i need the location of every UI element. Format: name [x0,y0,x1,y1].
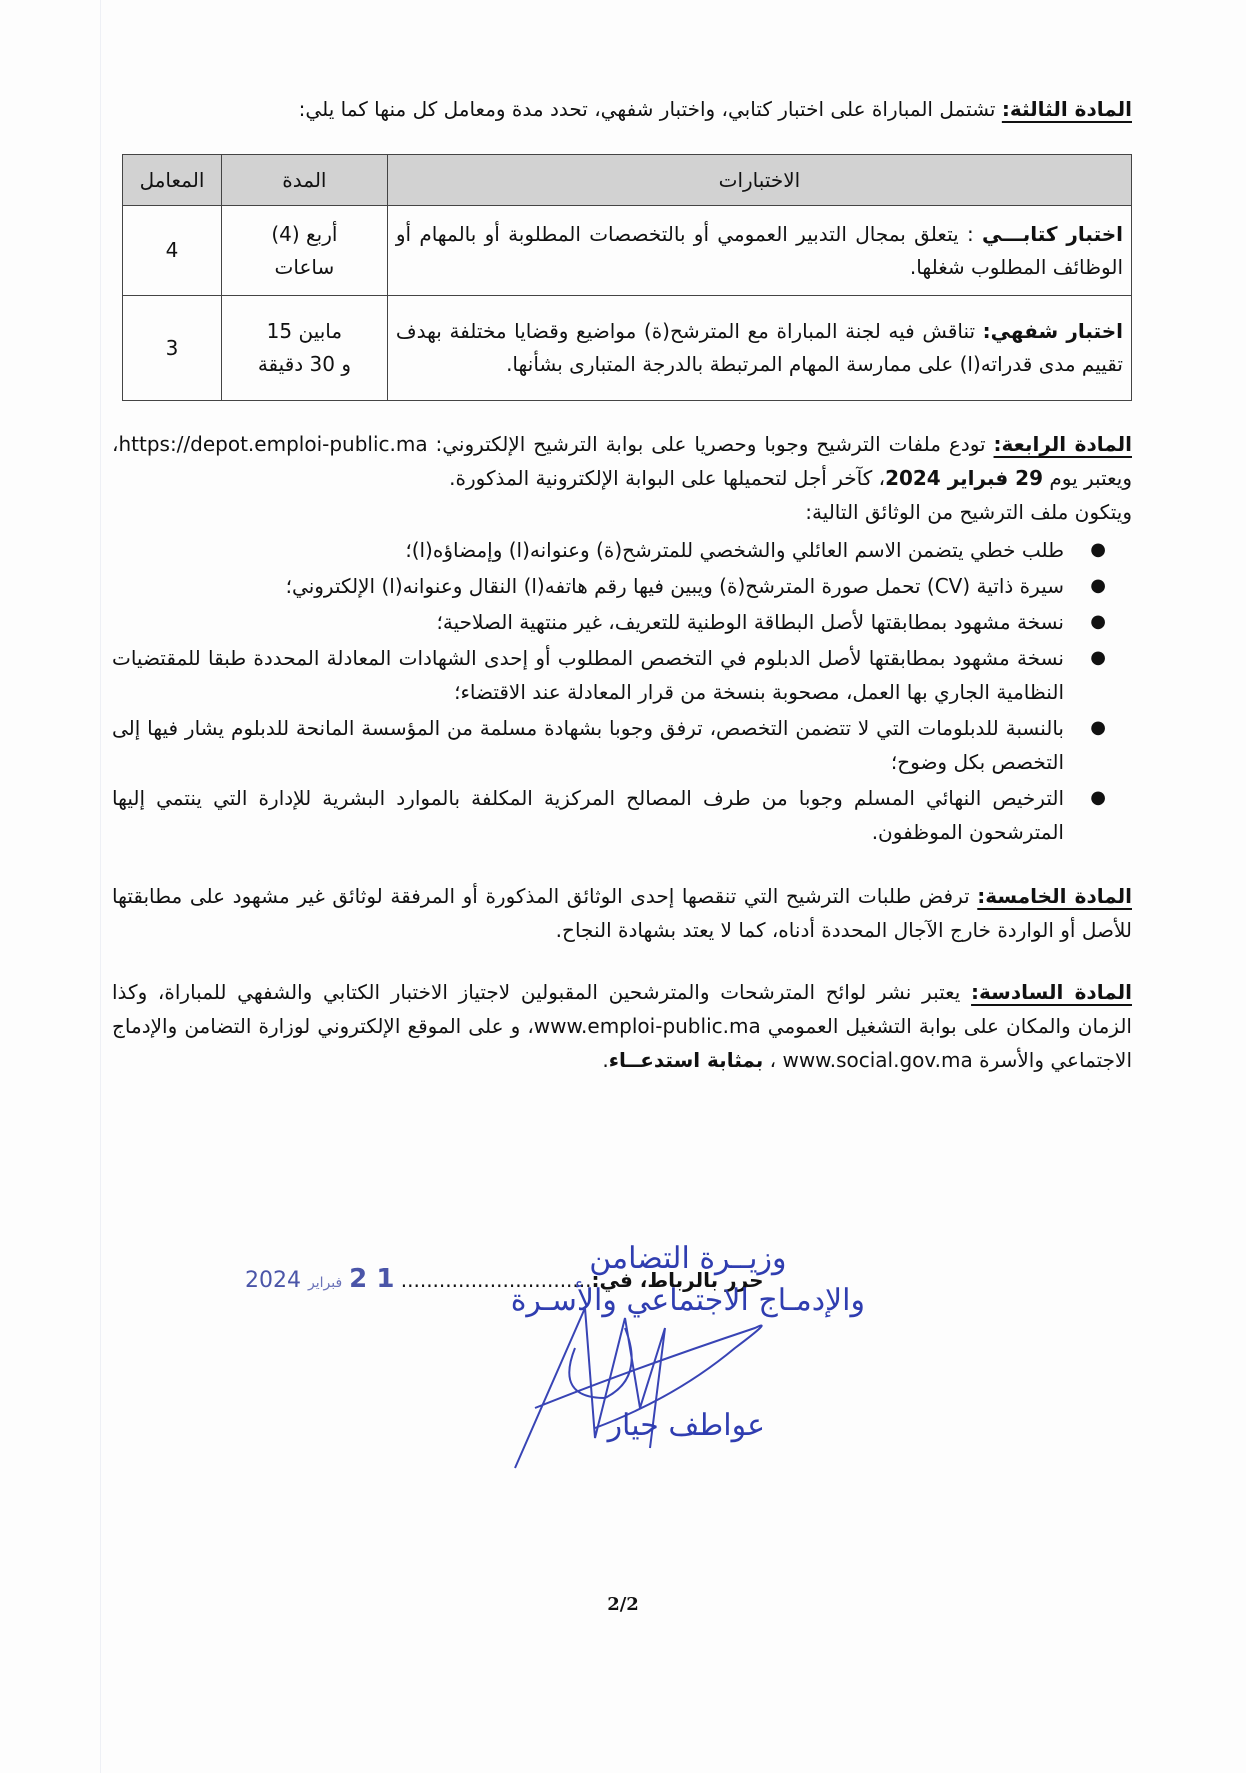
header-coefficient: المعامل [123,155,222,206]
exam-duration-line1: أربع (4) [230,218,379,251]
article-4-label: المادة الرابعة: [994,432,1132,456]
exam-coefficient-cell: 4 [123,206,222,296]
bullet-icon: ● [1090,533,1106,567]
signature-block: حرر بالرباط، في:........................… [245,1238,865,1478]
list-item-text: بالنسبة للدبلومات التي لا تتضمن التخصص، … [112,716,1064,774]
list-item-text: طلب خطي يتضمن الاسم العائلي والشخصي للمت… [405,538,1064,562]
article-3-label: المادة الثالثة: [1002,97,1132,121]
document-page: المادة الثالثة: تشتمل المباراة على اختبا… [112,92,1132,1077]
exam-duration-line1: مابين 15 [230,315,379,348]
list-item-text: الترخيص النهائي المسلم وجوبا من طرف المص… [112,786,1064,844]
table-row: اختبار شفهي: تناقش فيه لجنة المباراة مع … [123,296,1132,401]
documents-list: ●طلب خطي يتضمن الاسم العائلي والشخصي للم… [112,533,1132,849]
handwritten-signature-icon [475,1288,775,1478]
list-item: ●نسخة مشهود بمطابقتها لأصل الدبلوم في ال… [112,641,1064,709]
list-item: ●طلب خطي يتضمن الاسم العائلي والشخصي للم… [112,533,1064,567]
list-item-text: نسخة مشهود بمطابقتها لأصل البطاقة الوطني… [437,610,1064,634]
bullet-icon: ● [1090,569,1106,603]
stamp-day: 1 2 [349,1264,394,1294]
ministry-stamp-line1: وزيــرة التضامن [511,1238,865,1280]
bullet-icon: ● [1090,641,1106,675]
exam-duration-cell: أربع (4) ساعات [221,206,387,296]
article-4-text: تودع ملفات الترشيح وجوبا وحصريا على بواب… [428,432,994,456]
list-item: ●بالنسبة للدبلومات التي لا تتضمن التخصص،… [112,711,1064,779]
list-item-text: سيرة ذاتية (CV) تحمل صورة المترشح(ة) ويب… [286,574,1064,598]
bullet-icon: ● [1090,711,1106,745]
scan-margin-line [100,0,101,1773]
bullet-icon: ● [1090,781,1106,815]
list-item: ●نسخة مشهود بمطابقتها لأصل البطاقة الوطن… [112,605,1064,639]
stamp-year: 2024 [245,1268,301,1293]
emploi-public-url[interactable]: www.emploi-public.ma [534,1014,761,1038]
stamp-month: فبراير [308,1275,342,1291]
exams-table: الاختبارات المدة المعامل اختبار كتابـــي… [122,154,1132,401]
deadline-date: 29 فبراير 2024 [885,466,1043,490]
page-number: 2/2 [0,1594,1246,1615]
header-duration: المدة [221,155,387,206]
article-6-text-3: ، [763,1048,782,1072]
article-5-label: المادة الخامسة: [977,884,1132,908]
exam-duration-line2: و 30 دقيقة [230,348,379,381]
article-3-text: تشتمل المباراة على اختبار كتابي، واختبار… [299,97,1002,121]
table-header-row: الاختبارات المدة المعامل [123,155,1132,206]
article-6: المادة السادسة: يعتبر نشر لوائح المترشحا… [112,975,1132,1077]
article-6-label: المادة السادسة: [971,980,1132,1004]
article-4-text-3: ، كآخر أجل لتحميلها على البوابة الإلكترو… [449,466,885,490]
exam-description-cell: اختبار كتابـــي : يتعلق بمجال التدبير ال… [387,206,1131,296]
exam-duration-cell: مابين 15 و 30 دقيقة [221,296,387,401]
list-item-text: نسخة مشهود بمطابقتها لأصل الدبلوم في الت… [112,646,1064,704]
exam-title: اختبار شفهي: [983,319,1123,343]
table-row: اختبار كتابـــي : يتعلق بمجال التدبير ال… [123,206,1132,296]
article-4: المادة الرابعة: تودع ملفات الترشيح وجوبا… [112,427,1132,495]
exam-description-cell: اختبار شفهي: تناقش فيه لجنة المباراة مع … [387,296,1131,401]
bullet-icon: ● [1090,605,1106,639]
exam-coefficient-cell: 3 [123,296,222,401]
article-3: المادة الثالثة: تشتمل المباراة على اختبا… [112,92,1132,126]
date-stamp: 1 2 فبراير 2024 [245,1268,394,1293]
list-item: ●سيرة ذاتية (CV) تحمل صورة المترشح(ة) وي… [112,569,1064,603]
documents-intro: ويتكون ملف الترشيح من الوثائق التالية: [112,495,1132,529]
convocation-notice: بمثابة استدعــاء [609,1048,764,1072]
article-5: المادة الخامسة: ترفض طلبات الترشيح التي … [112,879,1132,947]
header-exams: الاختبارات [387,155,1131,206]
depot-portal-url[interactable]: https://depot.emploi-public.ma [118,432,427,456]
social-gov-url[interactable]: www.social.gov.ma [782,1048,972,1072]
signatory-name: عواطف حيار [608,1408,765,1443]
list-item: ●الترخيص النهائي المسلم وجوبا من طرف الم… [112,781,1064,849]
exam-title: اختبار كتابـــي [982,222,1123,246]
exam-duration-line2: ساعات [230,251,379,284]
